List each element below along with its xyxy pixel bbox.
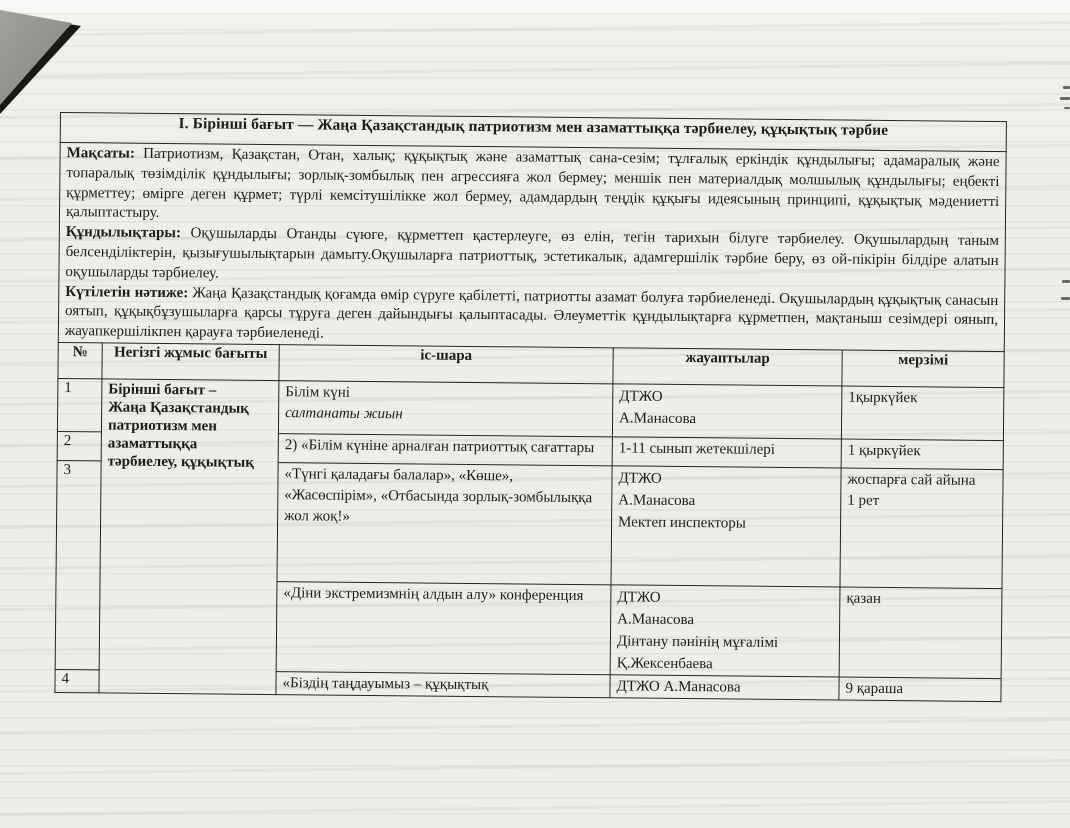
intro-row: Мақсаты:Патриотизм, Қазақстан, Отан, хал… [58,143,1006,352]
term-cell: 9 қараша [839,677,1001,702]
responsible-cell: ДТЖО А.Манасова Мектеп инспекторы [611,466,841,587]
goal-label: Мақсаты: [67,145,144,162]
plan-table: І. Бірінші бағыт — Жаңа Қазақстандық пат… [54,112,1007,702]
activity-title: Білім күні [285,382,606,406]
scan-edge-artifact [1061,297,1070,300]
expected-result-label: Күтілетін нәтиже: [65,284,192,301]
scanned-document-page: { "colors": { "paper": "#f1efeb", "ink":… [0,0,1070,828]
term-cell: 1қыркүйек [841,386,1004,441]
col-header-number: № [58,342,102,378]
direction-text: Бірінші бағыт – Жаңа Қазақстандық патрио… [108,380,273,472]
values-paragraph: Құндылықтары:Оқушыларды Отанды сүюге, құ… [65,223,999,291]
responsible-cell: ДТЖО А.Манасова [610,675,839,700]
row-number-cell: 3 [55,460,101,669]
document-sheet: І. Бірінші бағыт — Жаңа Қазақстандық пат… [54,112,1006,702]
col-header-responsible: жауаптылар [613,348,842,386]
scan-edge-artifact [1063,86,1070,89]
values-label: Құндылықтары: [66,224,191,241]
activity-note: салтанаты жиын [285,403,606,427]
intro-cell: Мақсаты:Патриотизм, Қазақстан, Отан, хал… [58,143,1006,352]
term-cell: жоспарға сай айына 1 рет [840,468,1003,589]
scan-top-edge [0,0,1070,13]
values-text: Оқушыларды Отанды сүюге, құрметтеп қасте… [65,225,999,281]
col-header-activity: іс-шара [279,345,613,384]
goal-text: Патриотизм, Қазақстан, Отан, халық; құқы… [66,146,1000,222]
activity-cell: «Біздің таңдауымыз – құқықтық [276,672,610,698]
responsible-cell: ДТЖО А.Манасова [612,384,841,439]
activity-cell: 2) «Білім күніне арналған патриоттық сағ… [278,434,612,466]
activity-cell: «Діни экстремизмнің алдын алу» конференц… [276,582,611,675]
row-number-cell: 2 [57,431,101,460]
activity-cell: «Түнгі қаладағы балалар», «Көше», «Жасөс… [277,463,612,585]
table-row: 1 Бірінші бағыт – Жаңа Қазақстандық патр… [57,378,1004,440]
expected-result-text: Жаңа Қазақстандық қоғамда өмір сүруге қа… [65,285,999,342]
col-header-term: мерзімі [842,350,1004,388]
scan-edge-artifact [1060,97,1070,100]
term-cell: 1 қыркүйек [841,439,1003,470]
term-cell: қазан [839,587,1002,679]
row-number-cell: 1 [57,378,102,431]
col-header-main-direction: Негізгі жұмыс бағыты [102,343,279,381]
scan-edge-artifact [1062,280,1070,283]
row-number-cell: 4 [55,669,99,692]
direction-cell: Бірінші бағыт – Жаңа Қазақстандық патрио… [99,379,279,695]
expected-result-paragraph: Күтілетін нәтиже:Жаңа Қазақстандық қоғам… [65,283,999,351]
activity-cell: Білім күні салтанаты жиын [278,381,612,437]
responsible-cell: ДТЖО А.Манасова Дінтану пәнінің мұғалімі… [610,585,840,677]
scan-edge-artifact [1064,107,1070,109]
responsible-cell: 1-11 сынып жетекшілері [612,437,841,468]
goal-paragraph: Мақсаты:Патриотизм, Қазақстан, Отан, хал… [66,144,1000,232]
